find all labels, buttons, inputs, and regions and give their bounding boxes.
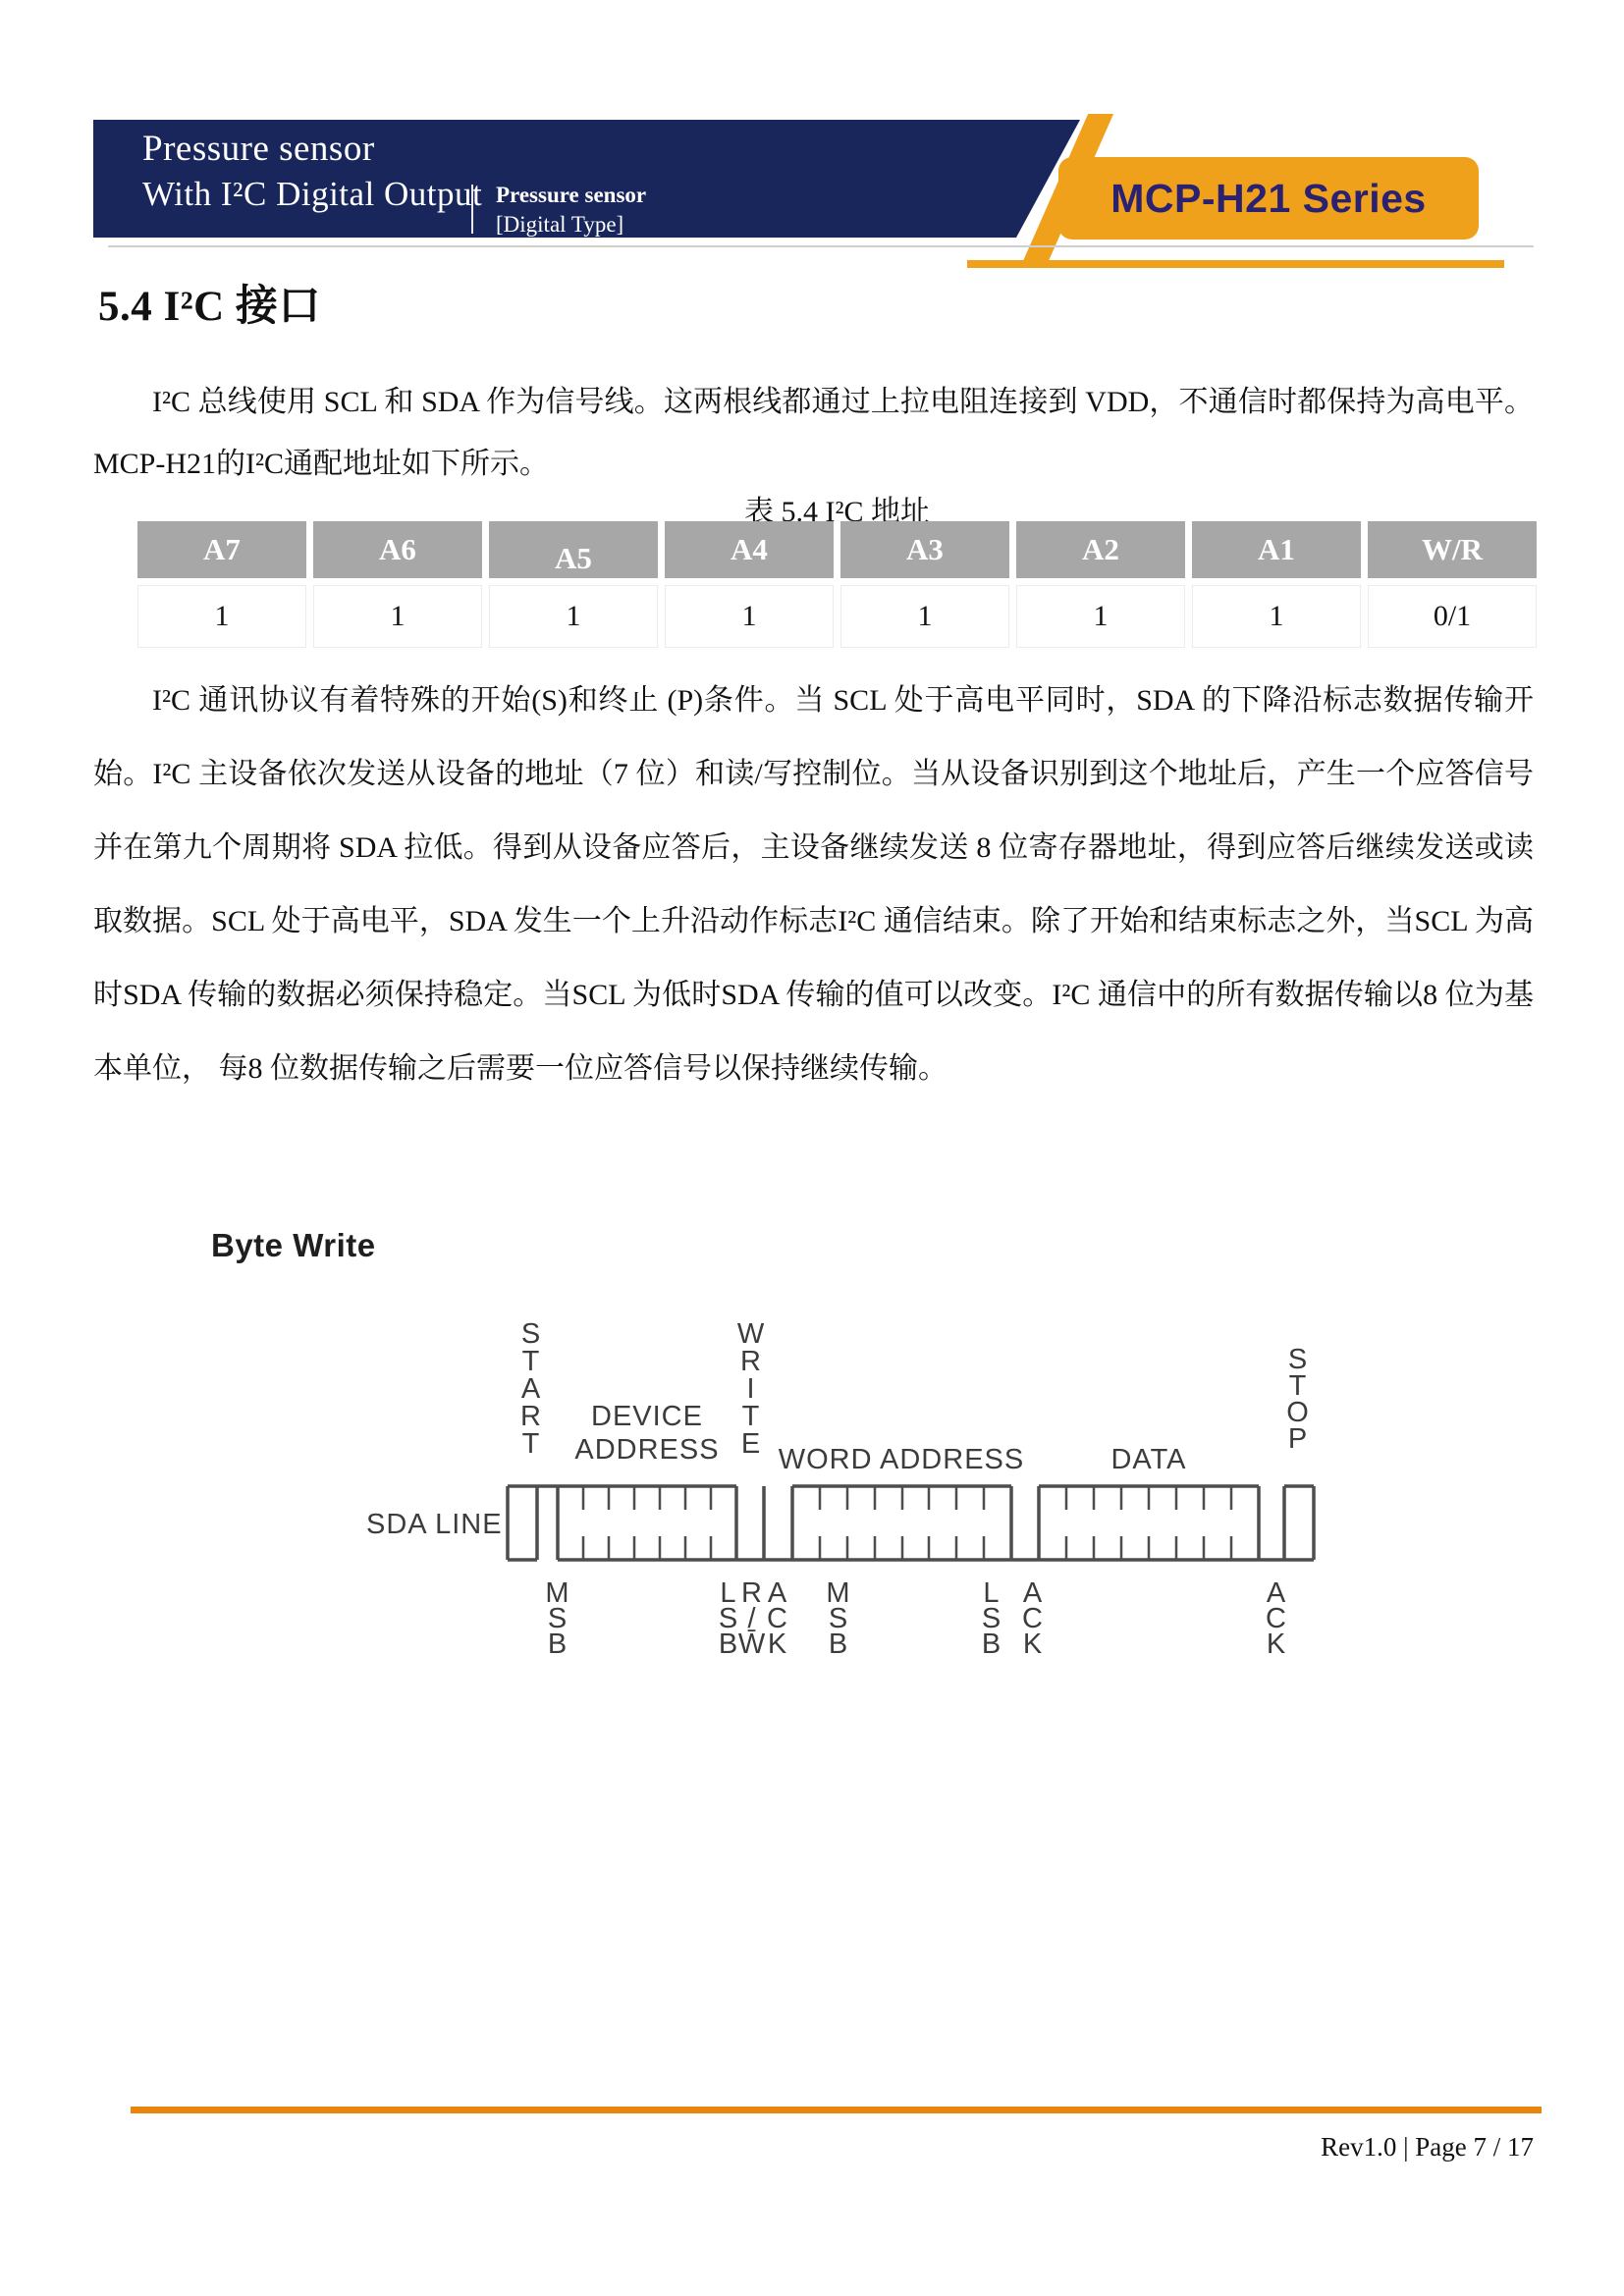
paragraph-protocol: I²C 通讯协议有着特殊的开始(S)和终止 (P)条件。当 SCL 处于高电平同… [93, 664, 1534, 1105]
device-address-bit-ticks [583, 1486, 711, 1560]
table-header-a7: A7 [137, 521, 306, 578]
datasheet-page: { "header": { "title_line1": "Pressure s… [0, 0, 1624, 2296]
ack-label-3: ACK [1266, 1577, 1287, 1660]
ack-label-1: ACK [767, 1577, 788, 1660]
lsb-label-device: LSB [719, 1577, 738, 1660]
header-title-line1: Pressure sensor [142, 128, 375, 170]
table-value-a7: 1 [137, 585, 306, 648]
table-value-a2: 1 [1016, 585, 1185, 648]
table-header-wr: W/R [1368, 521, 1537, 578]
table-value-a4: 1 [665, 585, 834, 648]
msb-label-word: MSB [826, 1577, 850, 1660]
sda-rail-verticals [508, 1486, 1314, 1560]
series-badge: MCP-H21 Series [1058, 157, 1479, 240]
header-title-line2: With I²C Digital Output [142, 175, 482, 214]
start-label: START [520, 1318, 542, 1460]
table-header-a6: A6 [313, 521, 482, 578]
paragraph-intro: I²C 总线使用 SCL 和 SDA 作为信号线。这两根线都通过上拉电阻连接到 … [93, 371, 1534, 495]
data-label: DATA [1110, 1444, 1186, 1475]
header-subtitle: Pressure sensor [Digital Type] [496, 181, 646, 240]
write-label: WRITE [737, 1318, 765, 1460]
data-bit-ticks [1066, 1486, 1231, 1560]
table-value-wr: 0/1 [1368, 585, 1537, 648]
msb-label-device: MSB [545, 1577, 569, 1660]
word-address-label: WORD ADDRESS [779, 1444, 1024, 1475]
table-header-a3: A3 [840, 521, 1009, 578]
stop-label: STOP [1286, 1344, 1310, 1455]
footer-orange-bar [131, 2107, 1542, 2113]
table-header-a4: A4 [665, 521, 834, 578]
i2c-address-table: A7 A6 A5 A4 A3 A2 A1 W/R 1 1 1 1 1 1 1 0… [131, 514, 1543, 655]
diagram-title: Byte Write [211, 1227, 376, 1264]
header-orange-underline [967, 260, 1504, 268]
section-title: 5.4 I²C 接口 [98, 273, 321, 333]
table-value-a5: 1 [489, 585, 658, 648]
table-value-row: 1 1 1 1 1 1 1 0/1 [137, 585, 1537, 648]
footer-page-info: Rev1.0 | Page 7 / 17 [982, 2132, 1534, 2163]
word-address-bit-ticks [820, 1486, 984, 1560]
table-value-a6: 1 [313, 585, 482, 648]
sda-line-label: SDA LINE [366, 1509, 503, 1540]
table-header-a2: A2 [1016, 521, 1185, 578]
table-value-a3: 1 [840, 585, 1009, 648]
rw-label: R/W̄ [738, 1577, 766, 1660]
table-header-a1: A1 [1192, 521, 1361, 578]
ack-label-2: ACK [1022, 1577, 1044, 1660]
table-header-row: A7 A6 A5 A4 A3 A2 A1 W/R [137, 521, 1537, 578]
device-address-label-line2: ADDRESS [574, 1434, 719, 1466]
header-divider [471, 185, 473, 234]
lsb-label-word: LSB [982, 1577, 1001, 1660]
device-address-label-line1: DEVICE [591, 1401, 703, 1432]
header-bottom-rule [108, 245, 1534, 247]
header-subtitle-line1: Pressure sensor [496, 181, 646, 210]
header-subtitle-line2: [Digital Type] [496, 210, 646, 240]
byte-write-timing-diagram: SDA LINE DEVICE ADDRESS WORD ADDRESS DAT… [344, 1276, 1414, 1688]
table-value-a1: 1 [1192, 585, 1361, 648]
table-header-a5: A5 [489, 521, 658, 578]
